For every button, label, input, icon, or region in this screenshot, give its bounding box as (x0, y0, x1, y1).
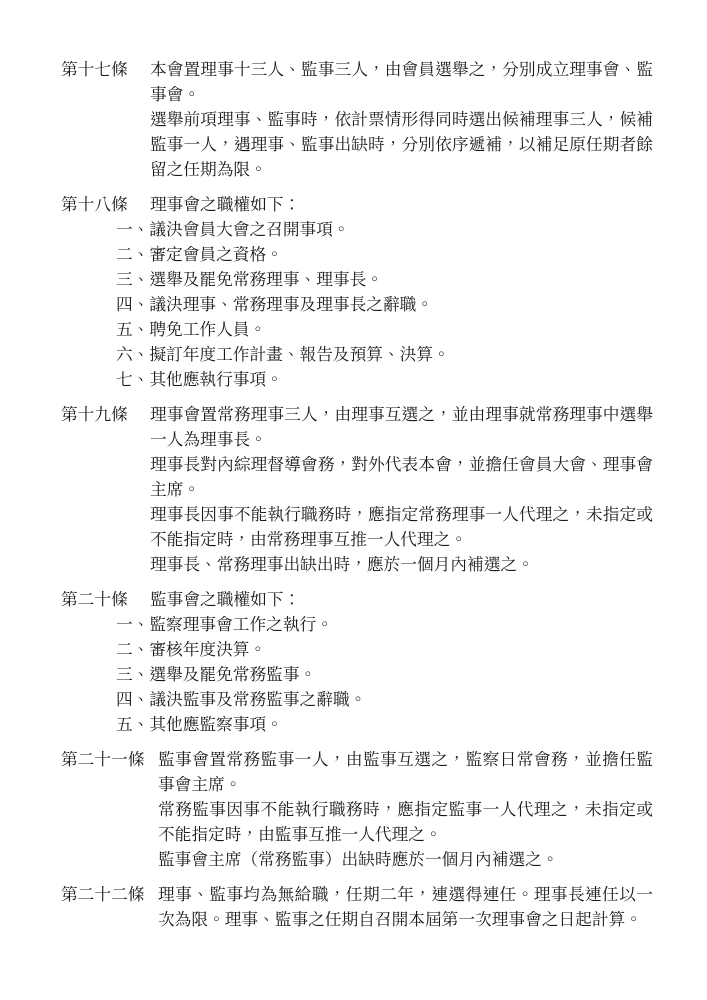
list-item: 五、聘免工作人員。 (116, 317, 653, 342)
item-marker: 四、 (116, 690, 149, 709)
item-text: 監察理事會工作之執行。 (149, 615, 333, 634)
article-body: 理事會之職權如下： 一、議決會員大會之召開事項。 二、審定會員之資格。 三、選舉… (150, 192, 653, 392)
list-item: 三、選舉及罷免常務監事。 (116, 662, 653, 687)
item-text: 審核年度決算。 (149, 640, 266, 659)
paragraph: 理事長、常務理事出缺出時，應於一個月內補選之。 (150, 552, 653, 577)
paragraph: 理事、監事均為無給職，任期二年，連選得連任。理事長連任以一次為限。理事、監事之任… (158, 882, 653, 932)
document-page: 第十七條 本會置理事十三人、監事三人，由會員選舉之，分別成立理事會、監事會。 選… (0, 0, 707, 1000)
list-item: 二、審定會員之資格。 (116, 242, 653, 267)
paragraph: 本會置理事十三人、監事三人，由會員選舉之，分別成立理事會、監事會。 (150, 57, 653, 107)
article-body: 監事會置常務監事一人，由監事互選之，監察日常會務，並擔任監事會主席。 常務監事因… (158, 747, 653, 872)
paragraph: 監事會之職權如下： (150, 587, 653, 612)
list-item: 五、其他應監察事項。 (116, 712, 653, 737)
paragraph: 選舉前項理事、監事時，依計票情形得同時選出候補理事三人，候補監事一人，遇理事、監… (150, 107, 653, 182)
paragraph: 理事長因事不能執行職務時，應指定常務理事一人代理之，未指定或不能指定時，由常務理… (150, 502, 653, 552)
paragraph: 監事會置常務監事一人，由監事互選之，監察日常會務，並擔任監事會主席。 (158, 747, 653, 797)
item-text: 其他應監察事項。 (149, 715, 283, 734)
paragraph: 監事會主席（常務監事）出缺時應於一個月內補選之。 (158, 847, 653, 872)
item-marker: 二、 (116, 245, 149, 264)
item-text: 議決理事、常務理事及理事長之辭職。 (149, 295, 433, 314)
item-text: 選舉及罷免常務監事。 (149, 665, 316, 684)
article: 第十七條 本會置理事十三人、監事三人，由會員選舉之，分別成立理事會、監事會。 選… (61, 57, 653, 182)
item-text: 選舉及罷免常務理事、理事長。 (149, 270, 383, 289)
article: 第十八條 理事會之職權如下： 一、議決會員大會之召開事項。 二、審定會員之資格。… (61, 192, 653, 392)
list-item: 六、擬訂年度工作計畫、報告及預算、決算。 (116, 342, 653, 367)
paragraph: 理事會之職權如下： (150, 192, 653, 217)
article: 第二十二條 理事、監事均為無給職，任期二年，連選得連任。理事長連任以一次為限。理… (61, 882, 653, 932)
article-body: 理事會置常務理事三人，由理事互選之，並由理事就常務理事中選舉一人為理事長。 理事… (150, 402, 653, 577)
articles-container: 第十七條 本會置理事十三人、監事三人，由會員選舉之，分別成立理事會、監事會。 選… (61, 57, 653, 932)
paragraph: 理事長對內綜理督導會務，對外代表本會，並擔任會員大會、理事會主席。 (150, 452, 653, 502)
article-body: 理事、監事均為無給職，任期二年，連選得連任。理事長連任以一次為限。理事、監事之任… (158, 882, 653, 932)
item-text: 聘免工作人員。 (149, 320, 266, 339)
item-text: 其他應執行事項。 (149, 370, 283, 389)
item-marker: 六、 (116, 345, 149, 364)
item-marker: 三、 (116, 665, 149, 684)
list-item: 一、監察理事會工作之執行。 (116, 612, 653, 637)
item-marker: 五、 (116, 320, 149, 339)
list-item: 三、選舉及罷免常務理事、理事長。 (116, 267, 653, 292)
article: 第十九條 理事會置常務理事三人，由理事互選之，並由理事就常務理事中選舉一人為理事… (61, 402, 653, 577)
list-item: 二、審核年度決算。 (116, 637, 653, 662)
item-marker: 三、 (116, 270, 149, 289)
article-number: 第二十一條 (61, 747, 158, 872)
list-item: 一、議決會員大會之召開事項。 (116, 217, 653, 242)
item-text: 審定會員之資格。 (149, 245, 283, 264)
article-number: 第十九條 (61, 402, 150, 577)
article-number: 第十七條 (61, 57, 150, 182)
item-text: 擬訂年度工作計畫、報告及預算、決算。 (149, 345, 449, 364)
item-marker: 一、 (116, 220, 149, 239)
paragraph: 常務監事因事不能執行職務時，應指定監事一人代理之，未指定或不能指定時，由監事互推… (158, 797, 653, 847)
item-marker: 一、 (116, 615, 149, 634)
item-marker: 五、 (116, 715, 149, 734)
article-body: 監事會之職權如下： 一、監察理事會工作之執行。 二、審核年度決算。 三、選舉及罷… (150, 587, 653, 737)
item-marker: 四、 (116, 295, 149, 314)
list-item: 四、議決理事、常務理事及理事長之辭職。 (116, 292, 653, 317)
item-marker: 七、 (116, 370, 149, 389)
item-marker: 二、 (116, 640, 149, 659)
article: 第二十一條 監事會置常務監事一人，由監事互選之，監察日常會務，並擔任監事會主席。… (61, 747, 653, 872)
article-body: 本會置理事十三人、監事三人，由會員選舉之，分別成立理事會、監事會。 選舉前項理事… (150, 57, 653, 182)
list-item: 七、其他應執行事項。 (116, 367, 653, 392)
article-number: 第二十二條 (61, 882, 158, 932)
item-text: 議決會員大會之召開事項。 (149, 220, 349, 239)
item-text: 議決監事及常務監事之辭職。 (149, 690, 366, 709)
list-item: 四、議決監事及常務監事之辭職。 (116, 687, 653, 712)
paragraph: 理事會置常務理事三人，由理事互選之，並由理事就常務理事中選舉一人為理事長。 (150, 402, 653, 452)
article: 第二十條 監事會之職權如下： 一、監察理事會工作之執行。 二、審核年度決算。 三… (61, 587, 653, 737)
